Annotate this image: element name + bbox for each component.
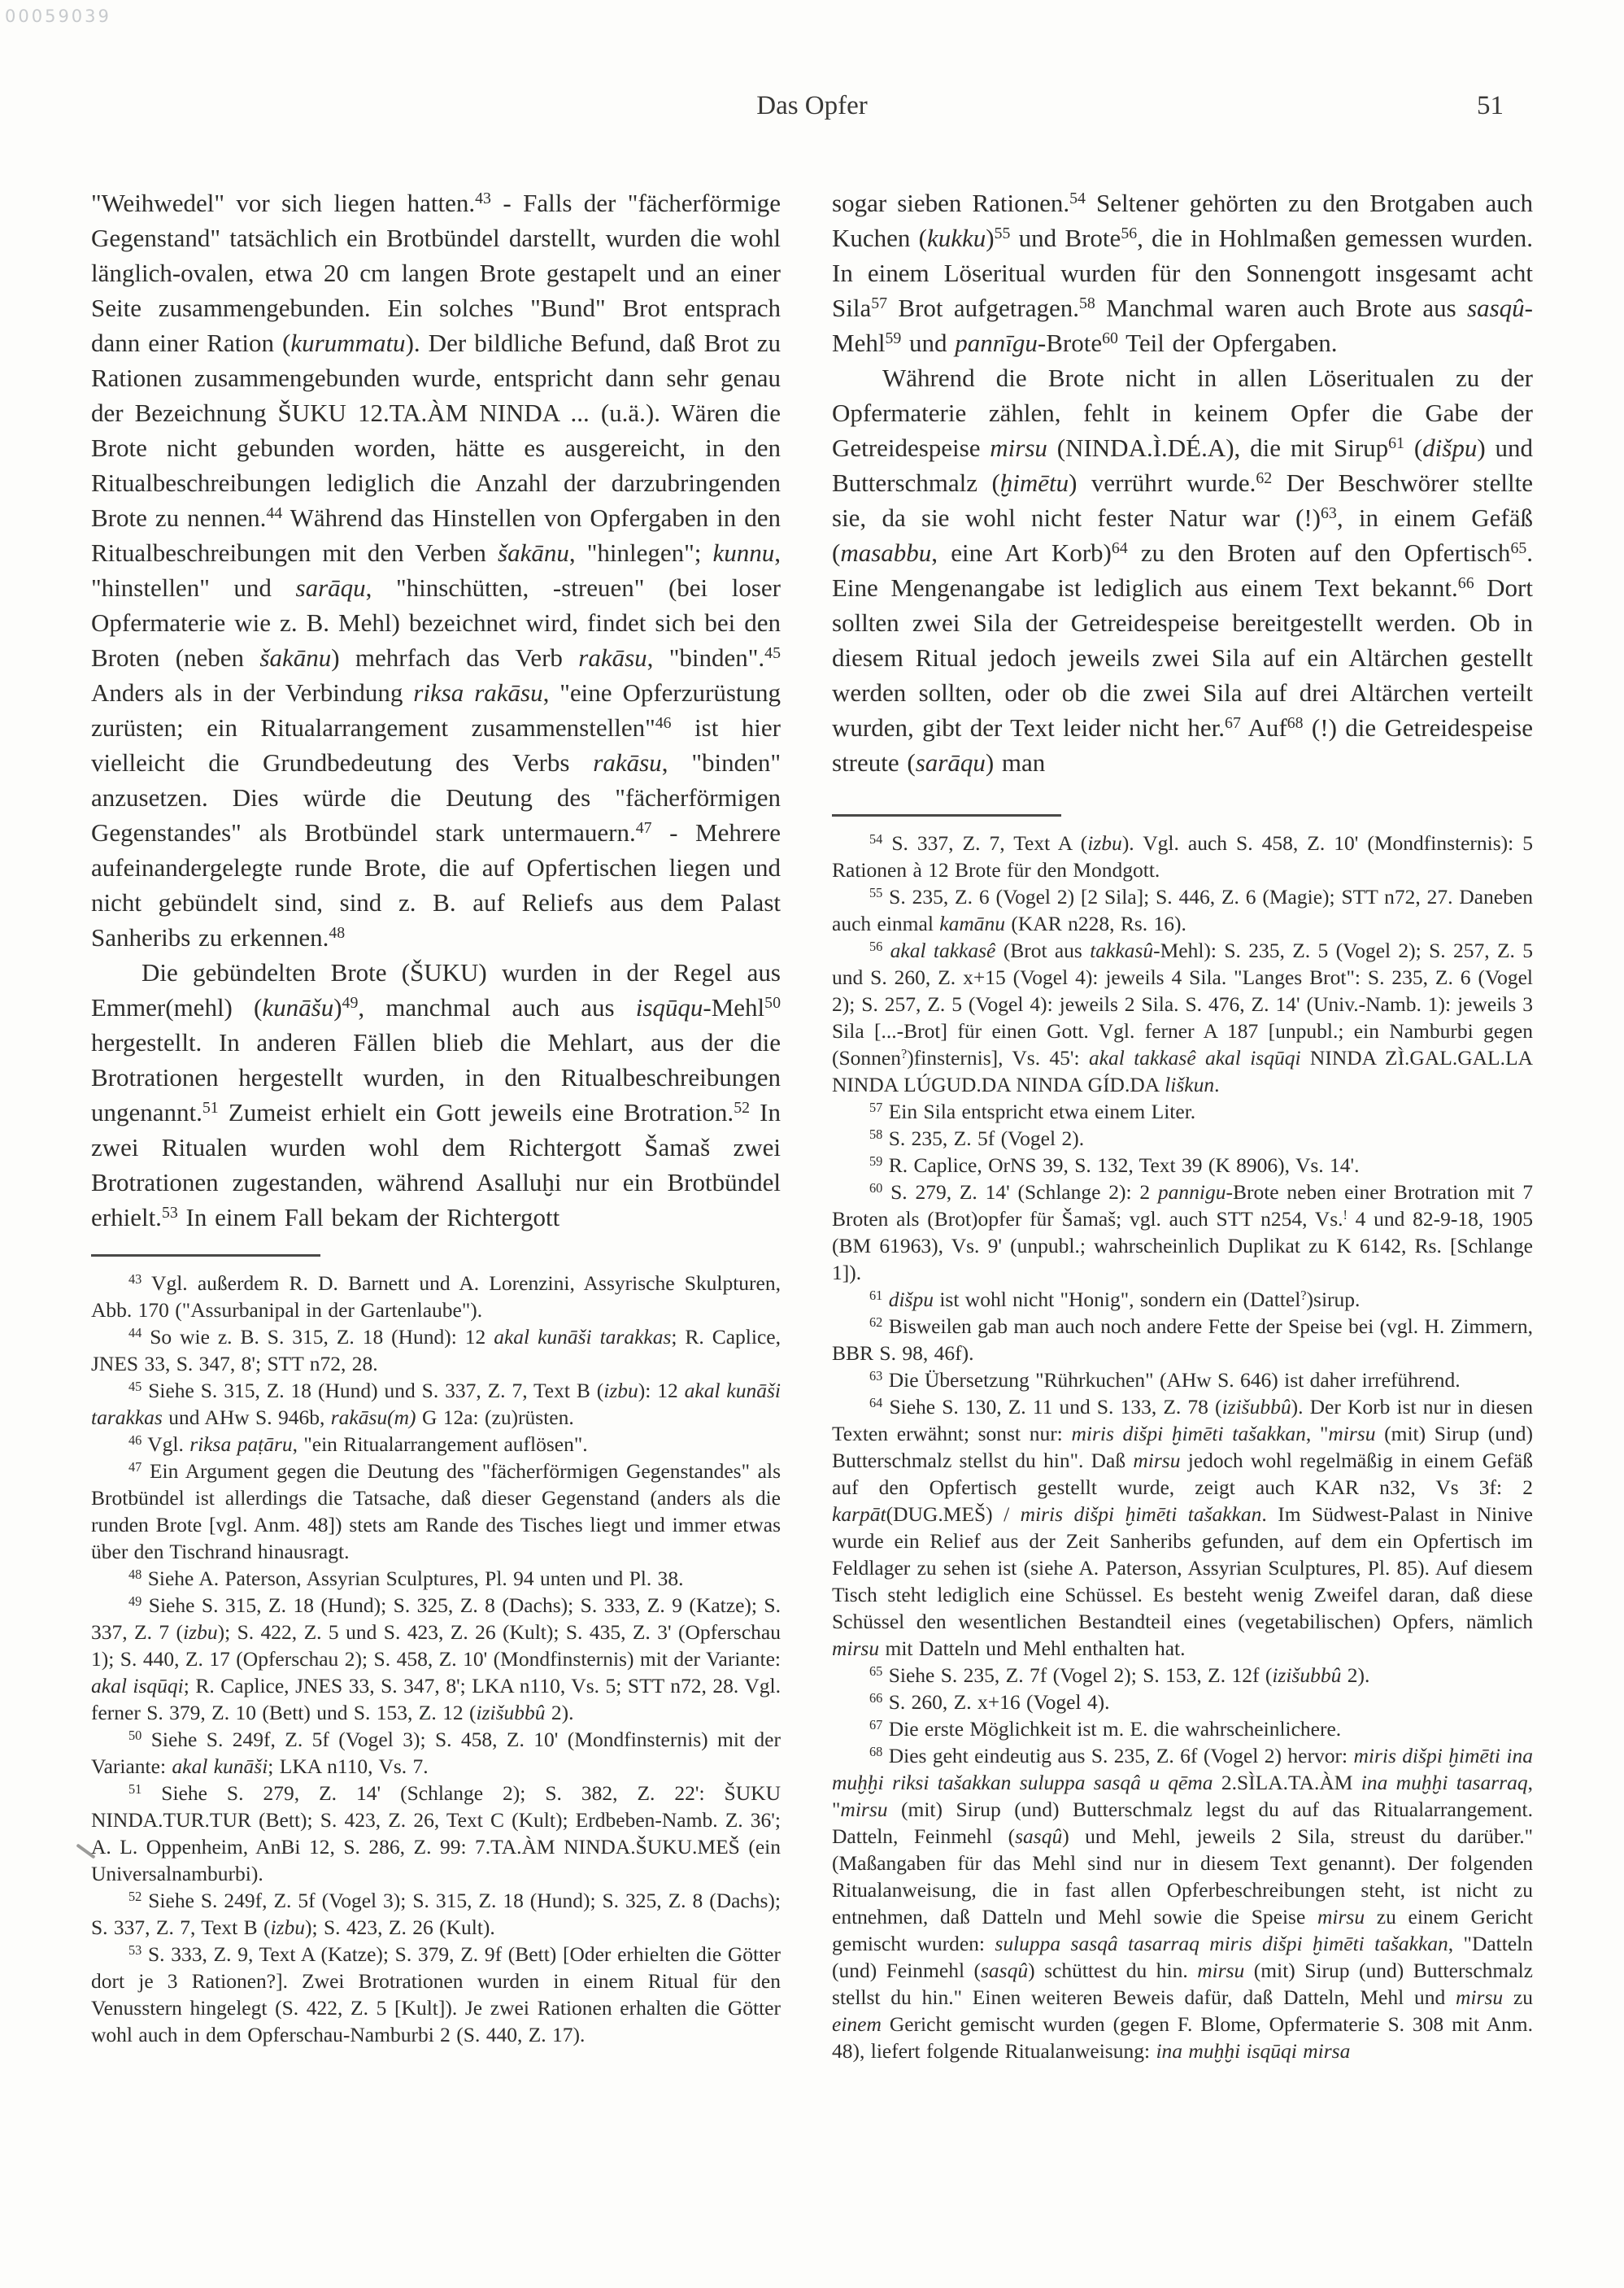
text-run: -Mehl (703, 993, 764, 1022)
footnote-ref: 44 (266, 504, 282, 522)
text-run: izbu (603, 1379, 638, 1402)
footnote-ref: 48 (128, 1567, 142, 1582)
footnote-ref: ? (901, 1046, 907, 1061)
text-run: isqūqu (636, 993, 703, 1022)
text-run: S. 333, Z. 9, Text A (Katze); S. 379, Z.… (91, 1942, 781, 2046)
text-run: takkasû (1090, 939, 1153, 962)
text-run: 2). (1341, 1663, 1369, 1687)
text-run: ); S. 423, Z. 26 (Kult). (305, 1915, 495, 1939)
text-run: Siehe A. Paterson, Assyrian Sculptures, … (142, 1567, 683, 1590)
text-run: pannīgu (955, 329, 1038, 357)
footnote: 61 dišpu ist wohl nicht "Honig", sondern… (832, 1286, 1533, 1313)
footnote-ref: ? (1300, 1288, 1306, 1303)
footnote-ref: 44 (128, 1325, 142, 1340)
footnote-ref: 64 (869, 1395, 882, 1410)
text-run: liškun (1165, 1073, 1214, 1096)
text-run: akal takkasê akal isqūqi (1089, 1046, 1301, 1070)
text-run: , eine Art Korb) (931, 538, 1112, 567)
footnote-ref: 52 (734, 1099, 750, 1117)
text-run: mit Datteln und Mehl enthalten hat. (879, 1636, 1185, 1660)
footnote: 47 Ein Argument gegen die Deutung des "f… (91, 1458, 781, 1565)
text-run: dišpu (889, 1288, 934, 1311)
text-run: Vgl. außerdem R. D. Barnett und A. Loren… (91, 1271, 781, 1322)
text-run: izišubbû (1222, 1395, 1291, 1419)
footnote-ref: 61 (869, 1288, 882, 1303)
text-run: (KAR n228, Rs. 16). (1005, 912, 1186, 935)
scan-id-watermark: 00059039 (5, 7, 111, 26)
text-run: (DUG.MEŠ) / (886, 1502, 1021, 1526)
text-run: izbu (1087, 831, 1122, 855)
footnote-ref: 43 (475, 190, 491, 207)
footnote-ref: 47 (128, 1459, 142, 1475)
footnote-ref: 67 (869, 1717, 882, 1732)
right-column-footnotes: 54 S. 337, Z. 7, Text A (izbu). Vgl. auc… (832, 830, 1533, 2064)
footnote: 57 Ein Sila entspricht etwa einem Liter. (832, 1098, 1533, 1125)
text-run: , "hinlegen"; (569, 538, 713, 567)
text-run: šakānu (498, 538, 569, 567)
text-run: zu (1503, 1985, 1533, 2009)
text-run: izišubbû (476, 1701, 545, 1724)
text-run: riksa rakāsu (413, 678, 542, 707)
page-number: 51 (1477, 91, 1504, 121)
text-run: und (901, 329, 955, 357)
text-run: Die Übersetzung "Rührkuchen" (AHw S. 646… (882, 1368, 1460, 1392)
text-run: Brot aufgetragen. (887, 294, 1079, 322)
text-run: Siehe S. 315, Z. 18 (Hund) und S. 337, Z… (142, 1379, 603, 1402)
text-run: ). Der bildliche Befund, daß Brot zu Rat… (91, 329, 781, 532)
footnote-ref: 55 (995, 224, 1011, 242)
footnote: 68 Dies geht eindeutig aus S. 235, Z. 6f… (832, 1742, 1533, 2064)
text-run: ) man (986, 748, 1045, 777)
text-run: riksa paṭāru (189, 1432, 292, 1456)
footnote-ref: 43 (128, 1271, 142, 1287)
text-run: S. 260, Z. x+16 (Vogel 4). (882, 1690, 1109, 1714)
text-run: )finsternis], Vs. 45': (907, 1046, 1089, 1070)
footnote-ref: 65 (869, 1663, 882, 1679)
footnote-ref: 61 (1388, 434, 1404, 452)
footnote: 56 akal takkasê (Brot aus takkasû-Mehl):… (832, 937, 1533, 1098)
footnote: 67 Die erste Möglichkeit ist m. E. die w… (832, 1715, 1533, 1742)
text-run: ḫimētu (1000, 468, 1069, 497)
text-run: ): 12 (638, 1379, 685, 1402)
text-run: mirsu (832, 1636, 879, 1660)
right-column: sogar sieben Rationen.54 Seltener gehört… (832, 185, 1533, 2064)
footnote-ref: 51 (128, 1781, 142, 1797)
footnote-ref: 53 (162, 1204, 178, 1222)
footnote-ref: 63 (869, 1368, 882, 1384)
footnote: 50 Siehe S. 249f, Z. 5f (Vogel 3); S. 45… (91, 1726, 781, 1780)
footnote-ref: 60 (869, 1180, 882, 1196)
footnote: 62 Bisweilen gab man auch noch andere Fe… (832, 1313, 1533, 1366)
text-run: akal kunāši (172, 1754, 268, 1778)
text-run: 2). (546, 1701, 574, 1724)
footnote-ref: 66 (1458, 574, 1474, 592)
footnote: 46 Vgl. riksa paṭāru, "ein Ritualarrange… (91, 1431, 781, 1458)
footnote-ref: 53 (128, 1942, 142, 1958)
footnote-ref: 66 (869, 1690, 882, 1706)
text-run: rakāsu (593, 748, 661, 777)
footnote-ref: 47 (636, 819, 652, 837)
text-run: (Brot aus (995, 939, 1090, 962)
text-run: Manchmal waren auch Brote aus (1095, 294, 1467, 322)
text-run: Siehe S. 235, Z. 7f (Vogel 2); S. 153, Z… (882, 1663, 1272, 1687)
text-run: ) (986, 224, 994, 252)
footnote-ref: 58 (869, 1127, 882, 1142)
text-run: zu den Broten auf den Opfertisch (1128, 538, 1511, 567)
footnote-ref: 52 (128, 1889, 142, 1904)
text-run: pannigu (1158, 1180, 1226, 1204)
text-run: sogar sieben Rationen. (832, 189, 1069, 217)
footnote-ref: 58 (1079, 294, 1095, 312)
footnote-ref: 68 (1287, 714, 1304, 732)
footnote: 64 Siehe S. 130, Z. 11 und S. 133, Z. 78… (832, 1393, 1533, 1662)
text-run: Teil der Opfergaben. (1118, 329, 1338, 357)
footnote-ref: 62 (1256, 469, 1272, 487)
text-run: "Weihwedel" vor sich liegen hatten. (91, 189, 475, 217)
text-run: rakāsu(m) (331, 1405, 416, 1429)
text-run: ina muḫḫi isqūqi mirsa (1156, 2039, 1350, 2063)
text-run: sasqû (1015, 1824, 1062, 1848)
footnote-ref: 46 (128, 1432, 142, 1448)
footnote-ref: 51 (202, 1099, 219, 1117)
text-run: mirsu (1456, 1985, 1503, 2009)
text-run: ; LKA n110, Vs. 7. (268, 1754, 428, 1778)
footnote-ref: 65 (1510, 539, 1526, 557)
text-run: ) schüttest du hin. (1028, 1959, 1197, 1982)
footnote-ref: 55 (869, 885, 882, 900)
text-run (882, 939, 890, 962)
footnote: 53 S. 333, Z. 9, Text A (Katze); S. 379,… (91, 1941, 781, 2048)
text-run (882, 1288, 888, 1311)
footnote-ref: 56 (1121, 224, 1137, 242)
footnote-ref: 57 (869, 1100, 882, 1115)
text-run: miris dišpi ḫimēti tašakkan (1021, 1502, 1262, 1526)
text-run: kamānu (939, 912, 1005, 935)
text-run: Ein Argument gegen die Deutung des "fäch… (91, 1459, 781, 1563)
footnote-ref: 60 (1102, 329, 1118, 347)
text-run: Auf (1241, 713, 1287, 742)
text-run: kurummatu (290, 329, 405, 357)
text-run: izbu (183, 1620, 218, 1644)
text-run: ) mehrfach das Verb (331, 643, 578, 672)
text-run: sarāqu (296, 573, 366, 602)
text-run: R. Caplice, OrNS 39, S. 132, Text 39 (K … (882, 1153, 1359, 1177)
text-run: ( (1404, 434, 1422, 462)
text-run: kunāšu (262, 993, 333, 1022)
text-run: miris dišpi ḫimēti tašakkan (1071, 1422, 1305, 1445)
text-run: S. 279, Z. 14' (Schlange 2): 2 (882, 1180, 1158, 1204)
text-run: rakāsu (578, 643, 647, 672)
text-run: sasqû (1467, 294, 1525, 322)
footnote: 44 So wie z. B. S. 315, Z. 18 (Hund): 12… (91, 1323, 781, 1377)
text-run: und AHw S. 946b, (163, 1405, 331, 1429)
text-run: ) verrührt wurde. (1069, 468, 1256, 497)
footnote-ref: 57 (871, 294, 887, 312)
footnote: 45 Siehe S. 315, Z. 18 (Hund) und S. 337… (91, 1377, 781, 1431)
text-run: 2.SÌLA.TA.ÀM (1213, 1771, 1361, 1794)
text-run: sasqû (981, 1959, 1028, 1982)
text-run: S. 337, Z. 7, Text A ( (882, 831, 1087, 855)
text-run: (NINDA.Ì.DÉ.A), die mit Sirup (1047, 434, 1388, 462)
left-column-body: "Weihwedel" vor sich liegen hatten.43 - … (91, 185, 781, 1235)
text-run: S. 235, Z. 5f (Vogel 2). (882, 1127, 1084, 1150)
text-run: akal isqūqi (91, 1674, 184, 1697)
footnote: 55 S. 235, Z. 6 (Vogel 2) [2 Sila]; S. 4… (832, 883, 1533, 937)
footnote-ref: 56 (869, 939, 882, 954)
footnote-ref: 68 (869, 1744, 882, 1759)
footnote-ref: 67 (1225, 714, 1241, 732)
text-run: mirsu (1317, 1905, 1365, 1928)
paragraph: Während die Brote nicht in allen Löserit… (832, 360, 1533, 780)
text-run: masabbu (840, 538, 931, 567)
text-run: dišpu (1422, 434, 1477, 462)
book-page: 00059039 Das Opfer 51 "Weihwedel" vor si… (0, 0, 1624, 2288)
text-run: ; R. Caplice, JNES 33, S. 347, 8'; LKA n… (91, 1674, 781, 1724)
footnote: 52 Siehe S. 249f, Z. 5f (Vogel 3); S. 31… (91, 1887, 781, 1941)
footnote-ref: ! (1343, 1207, 1348, 1222)
paragraph: "Weihwedel" vor sich liegen hatten.43 - … (91, 185, 781, 955)
text-run: einem (832, 2012, 882, 2036)
footnote-ref: 49 (342, 994, 359, 1012)
running-title: Das Opfer (0, 91, 1624, 121)
footnote: 54 S. 337, Z. 7, Text A (izbu). Vgl. auc… (832, 830, 1533, 883)
text-run: Ein Sila entspricht etwa einem Liter. (882, 1100, 1195, 1123)
left-column-footnotes: 43 Vgl. außerdem R. D. Barnett und A. Lo… (91, 1270, 781, 2048)
footnote-ref: 54 (1069, 190, 1086, 207)
text-run: ist wohl nicht "Honig", sondern ein (Dat… (934, 1288, 1300, 1311)
text-run: Vgl. (142, 1432, 189, 1456)
text-run: ina muḫḫi tasarraq (1361, 1771, 1528, 1794)
text-run: In einem Fall bekam der Richtergott (178, 1203, 559, 1231)
footnote: 65 Siehe S. 235, Z. 7f (Vogel 2); S. 153… (832, 1662, 1533, 1689)
text-run: Bisweilen gab man auch noch andere Fette… (832, 1314, 1533, 1365)
text-run: . (1214, 1073, 1219, 1096)
text-run: sarāqu (916, 748, 986, 777)
text-run: -Brote (1038, 329, 1102, 357)
footnote-ref: 59 (869, 1153, 882, 1169)
text-run: mirsu (1197, 1959, 1244, 1982)
footnote-ref: 62 (869, 1314, 882, 1330)
text-run: mirsu (840, 1798, 887, 1821)
text-run: mirsu (1133, 1449, 1180, 1472)
footnote-ref: 64 (1112, 539, 1128, 557)
text-run: akal kunāši tarakkas (494, 1325, 671, 1349)
text-run: , " (1306, 1422, 1328, 1445)
footnote-ref: 48 (329, 924, 345, 942)
text-run: Siehe S. 130, Z. 11 und S. 133, Z. 78 ( (882, 1395, 1221, 1419)
footnote-ref: 49 (128, 1593, 142, 1609)
footnote: 48 Siehe A. Paterson, Assyrian Sculpture… (91, 1565, 781, 1592)
text-run: mirsu (1328, 1422, 1375, 1445)
footnote: 63 Die Übersetzung "Rührkuchen" (AHw S. … (832, 1366, 1533, 1393)
footnote-ref: 50 (128, 1728, 142, 1743)
text-run: Dies geht eindeutig aus S. 235, Z. 6f (V… (882, 1744, 1353, 1767)
text-run: Die erste Möglichkeit ist m. E. die wahr… (882, 1717, 1341, 1741)
text-run: kukku (927, 224, 986, 252)
footnote-ref: 45 (764, 644, 781, 662)
text-run: izbu (271, 1915, 306, 1939)
paragraph: Die gebündelten Brote (ŠUKU) wurden in d… (91, 955, 781, 1235)
text-run: )sirup. (1307, 1288, 1361, 1311)
footnote: 59 R. Caplice, OrNS 39, S. 132, Text 39 … (832, 1152, 1533, 1179)
text-run: mirsu (990, 434, 1047, 462)
footnote-ref: 45 (128, 1379, 142, 1394)
footnote-ref: 63 (1321, 504, 1337, 522)
text-run: Anders als in der Verbindung (91, 678, 413, 707)
text-run: Zumeist erhielt ein Gott jeweils eine Br… (219, 1098, 734, 1127)
text-run: , "binden". (647, 643, 765, 672)
left-column: "Weihwedel" vor sich liegen hatten.43 - … (91, 185, 781, 2048)
footnote: 43 Vgl. außerdem R. D. Barnett und A. Lo… (91, 1270, 781, 1323)
footnote-ref: 50 (764, 994, 781, 1012)
footnote: 66 S. 260, Z. x+16 (Vogel 4). (832, 1689, 1533, 1715)
footnote: 49 Siehe S. 315, Z. 18 (Hund); S. 325, Z… (91, 1592, 781, 1726)
text-run: ) (333, 993, 342, 1022)
footnote: 51 Siehe S. 279, Z. 14' (Schlange 2); S.… (91, 1780, 781, 1887)
right-column-body: sogar sieben Rationen.54 Seltener gehört… (832, 185, 1533, 780)
text-run: und Brote (1010, 224, 1121, 252)
left-footnote-separator (91, 1254, 320, 1257)
text-run: šakānu (259, 643, 331, 672)
footnote: 60 S. 279, Z. 14' (Schlange 2): 2 pannig… (832, 1179, 1533, 1286)
text-run: akal takkasê (890, 939, 996, 962)
right-footnote-separator (832, 814, 1061, 817)
footnote: 58 S. 235, Z. 5f (Vogel 2). (832, 1125, 1533, 1152)
text-run: karpāt (832, 1502, 886, 1526)
text-run: , manchmal auch aus (358, 993, 635, 1022)
footnote-ref: 46 (655, 714, 672, 732)
text-run: suluppa sasqâ tasarraq miris dišpi ḫimēt… (995, 1932, 1448, 1955)
text-run: Siehe S. 279, Z. 14' (Schlange 2); S. 38… (91, 1781, 781, 1885)
text-run: , "ein Ritualarrangement auflösen". (293, 1432, 588, 1456)
footnote-ref: 59 (885, 329, 901, 347)
footnote-ref: 54 (869, 831, 882, 847)
text-run: kunnu (712, 538, 774, 567)
text-run: So wie z. B. S. 315, Z. 18 (Hund): 12 (142, 1325, 494, 1349)
text-run: G 12a: (zu)rüsten. (416, 1405, 574, 1429)
text-run: izišubbû (1272, 1663, 1341, 1687)
paragraph: sogar sieben Rationen.54 Seltener gehört… (832, 185, 1533, 360)
